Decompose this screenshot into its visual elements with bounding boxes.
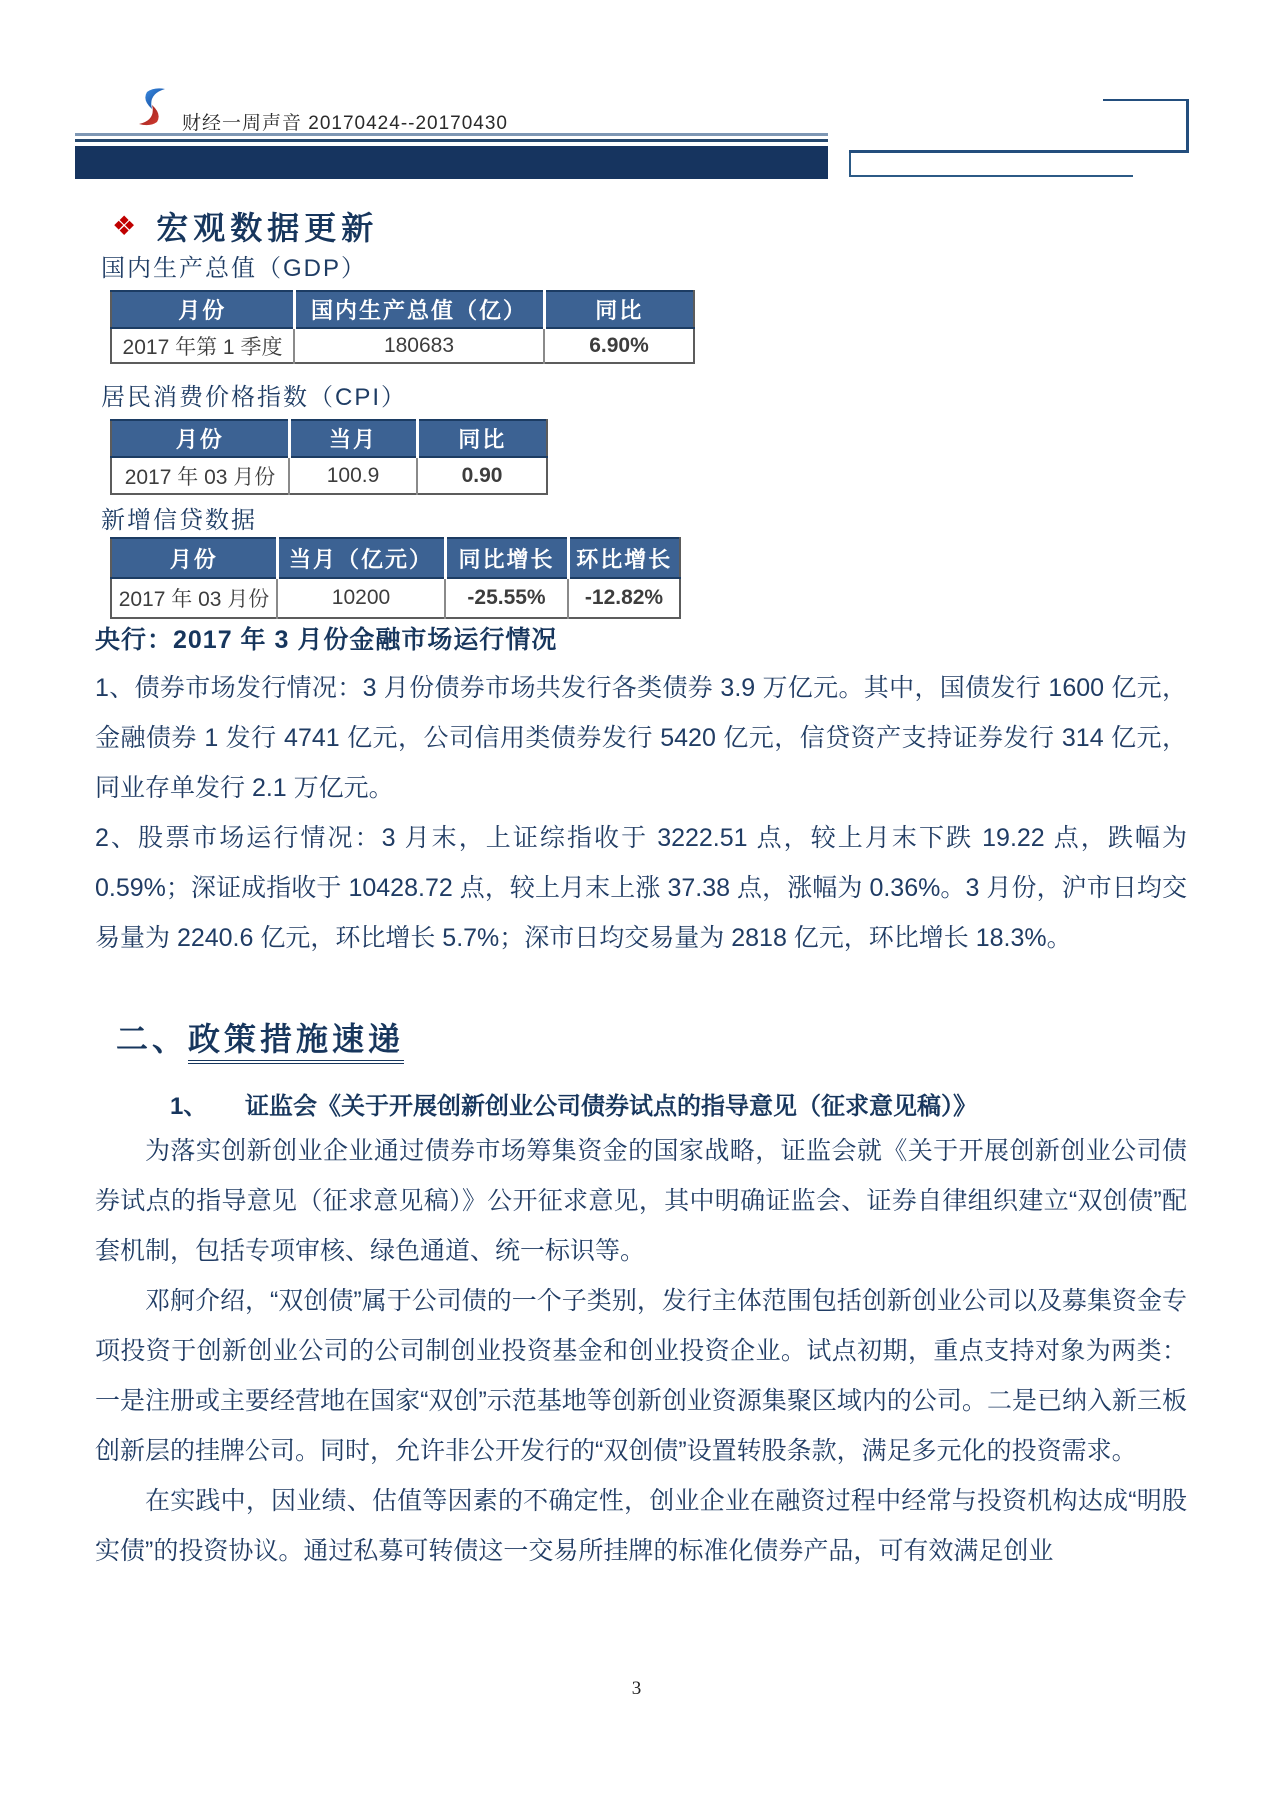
gdp-col-month: 月份	[111, 291, 294, 328]
document-page: 财经一周声音 20170424--20170430 ❖ 宏观数据更新 国内生产总…	[0, 0, 1273, 1800]
policy-item-number: 1、	[170, 1086, 245, 1121]
gdp-value: 180683	[294, 328, 544, 363]
credit-table-caption: 新增信贷数据	[101, 500, 257, 535]
gdp-table: 月份 国内生产总值（亿） 同比 2017 年第 1 季度 180683 6.90…	[110, 290, 695, 364]
pboc-subheading: 央行：2017 年 3 月份金融市场运行情况	[95, 620, 557, 656]
diamond-bullet-icon: ❖	[112, 213, 136, 240]
document-title: 财经一周声音 20170424--20170430	[182, 108, 508, 135]
table-row: 2017 年 03 月份 10200 -25.55% -12.82%	[111, 578, 680, 618]
policy-paragraphs: 为落实创新创业企业通过债券市场筹集资金的国家战略，证监会就《关于开展创新创业公司…	[95, 1126, 1187, 1576]
macro-paragraph-bond-market: 1、债券市场发行情况：3 月份债券市场共发行各类债券 3.9 万亿元。其中，国债…	[95, 663, 1187, 813]
credit-col-current: 当月（亿元）	[277, 538, 445, 578]
policy-paragraph-3: 在实践中，因业绩、估值等因素的不确定性，创业企业在融资过程中经常与投资机构达成“…	[95, 1476, 1187, 1576]
cpi-col-current: 当月	[289, 420, 417, 457]
header-double-rule	[75, 133, 828, 142]
credit-mom: -12.82%	[568, 578, 680, 618]
gdp-col-yoy: 同比	[544, 291, 694, 328]
macro-paragraphs: 1、债券市场发行情况：3 月份债券市场共发行各类债券 3.9 万亿元。其中，国债…	[95, 663, 1187, 963]
cpi-col-month: 月份	[111, 420, 289, 457]
credit-table: 月份 当月（亿元） 同比增长 环比增长 2017 年 03 月份 10200 -…	[110, 537, 681, 619]
macro-section-title: 宏观数据更新	[156, 203, 378, 249]
macro-section-heading: ❖ 宏观数据更新	[112, 203, 378, 249]
page-number: 3	[0, 1678, 1273, 1700]
gdp-col-value: 国内生产总值（亿）	[294, 291, 544, 328]
gdp-yoy: 6.90%	[544, 328, 694, 363]
cpi-current: 100.9	[289, 457, 417, 494]
policy-section-title: 政策措施速递	[188, 1021, 404, 1064]
policy-item-heading: 1、证监会《关于开展创新创业公司债券试点的指导意见（征求意见稿）》	[95, 1086, 977, 1121]
policy-paragraph-1: 为落实创新创业企业通过债券市场筹集资金的国家战略，证监会就《关于开展创新创业公司…	[95, 1126, 1187, 1276]
cpi-month: 2017 年 03 月份	[111, 457, 289, 494]
cpi-yoy: 0.90	[417, 457, 547, 494]
table-header-row: 月份 国内生产总值（亿） 同比	[111, 291, 694, 328]
credit-current: 10200	[277, 578, 445, 618]
brand-s-swoosh-logo-icon	[138, 88, 166, 126]
gdp-month: 2017 年第 1 季度	[111, 328, 294, 363]
credit-col-mom: 环比增长	[568, 538, 680, 578]
gdp-table-caption: 国内生产总值（GDP）	[101, 248, 367, 283]
cpi-col-yoy: 同比	[417, 420, 547, 457]
header-navy-banner	[75, 146, 828, 179]
table-header-row: 月份 当月（亿元） 同比增长 环比增长	[111, 538, 680, 578]
cpi-table-caption: 居民消费价格指数（CPI）	[101, 377, 407, 412]
table-row: 2017 年第 1 季度 180683 6.90%	[111, 328, 694, 363]
credit-yoy: -25.55%	[445, 578, 568, 618]
credit-col-yoy: 同比增长	[445, 538, 568, 578]
cpi-table: 月份 当月 同比 2017 年 03 月份 100.9 0.90	[110, 419, 548, 495]
table-row: 2017 年 03 月份 100.9 0.90	[111, 457, 547, 494]
macro-paragraph-stock-market: 2、股票市场运行情况：3 月末，上证综指收于 3222.51 点，较上月末下跌 …	[95, 813, 1187, 963]
credit-col-month: 月份	[111, 538, 277, 578]
credit-month: 2017 年 03 月份	[111, 578, 277, 618]
table-header-row: 月份 当月 同比	[111, 420, 547, 457]
policy-paragraph-2: 邓舸介绍，“双创债”属于公司债的一个子类别，发行主体范围包括创新创业公司以及募集…	[95, 1276, 1187, 1476]
header-corner-decoration	[1103, 99, 1189, 153]
policy-item-title: 证监会《关于开展创新创业公司债券试点的指导意见（征求意见稿）》	[245, 1093, 977, 1120]
policy-section-number: 二、	[116, 1021, 188, 1057]
header-box-decoration	[849, 153, 1133, 177]
policy-section-heading: 二、政策措施速递	[116, 1014, 404, 1060]
